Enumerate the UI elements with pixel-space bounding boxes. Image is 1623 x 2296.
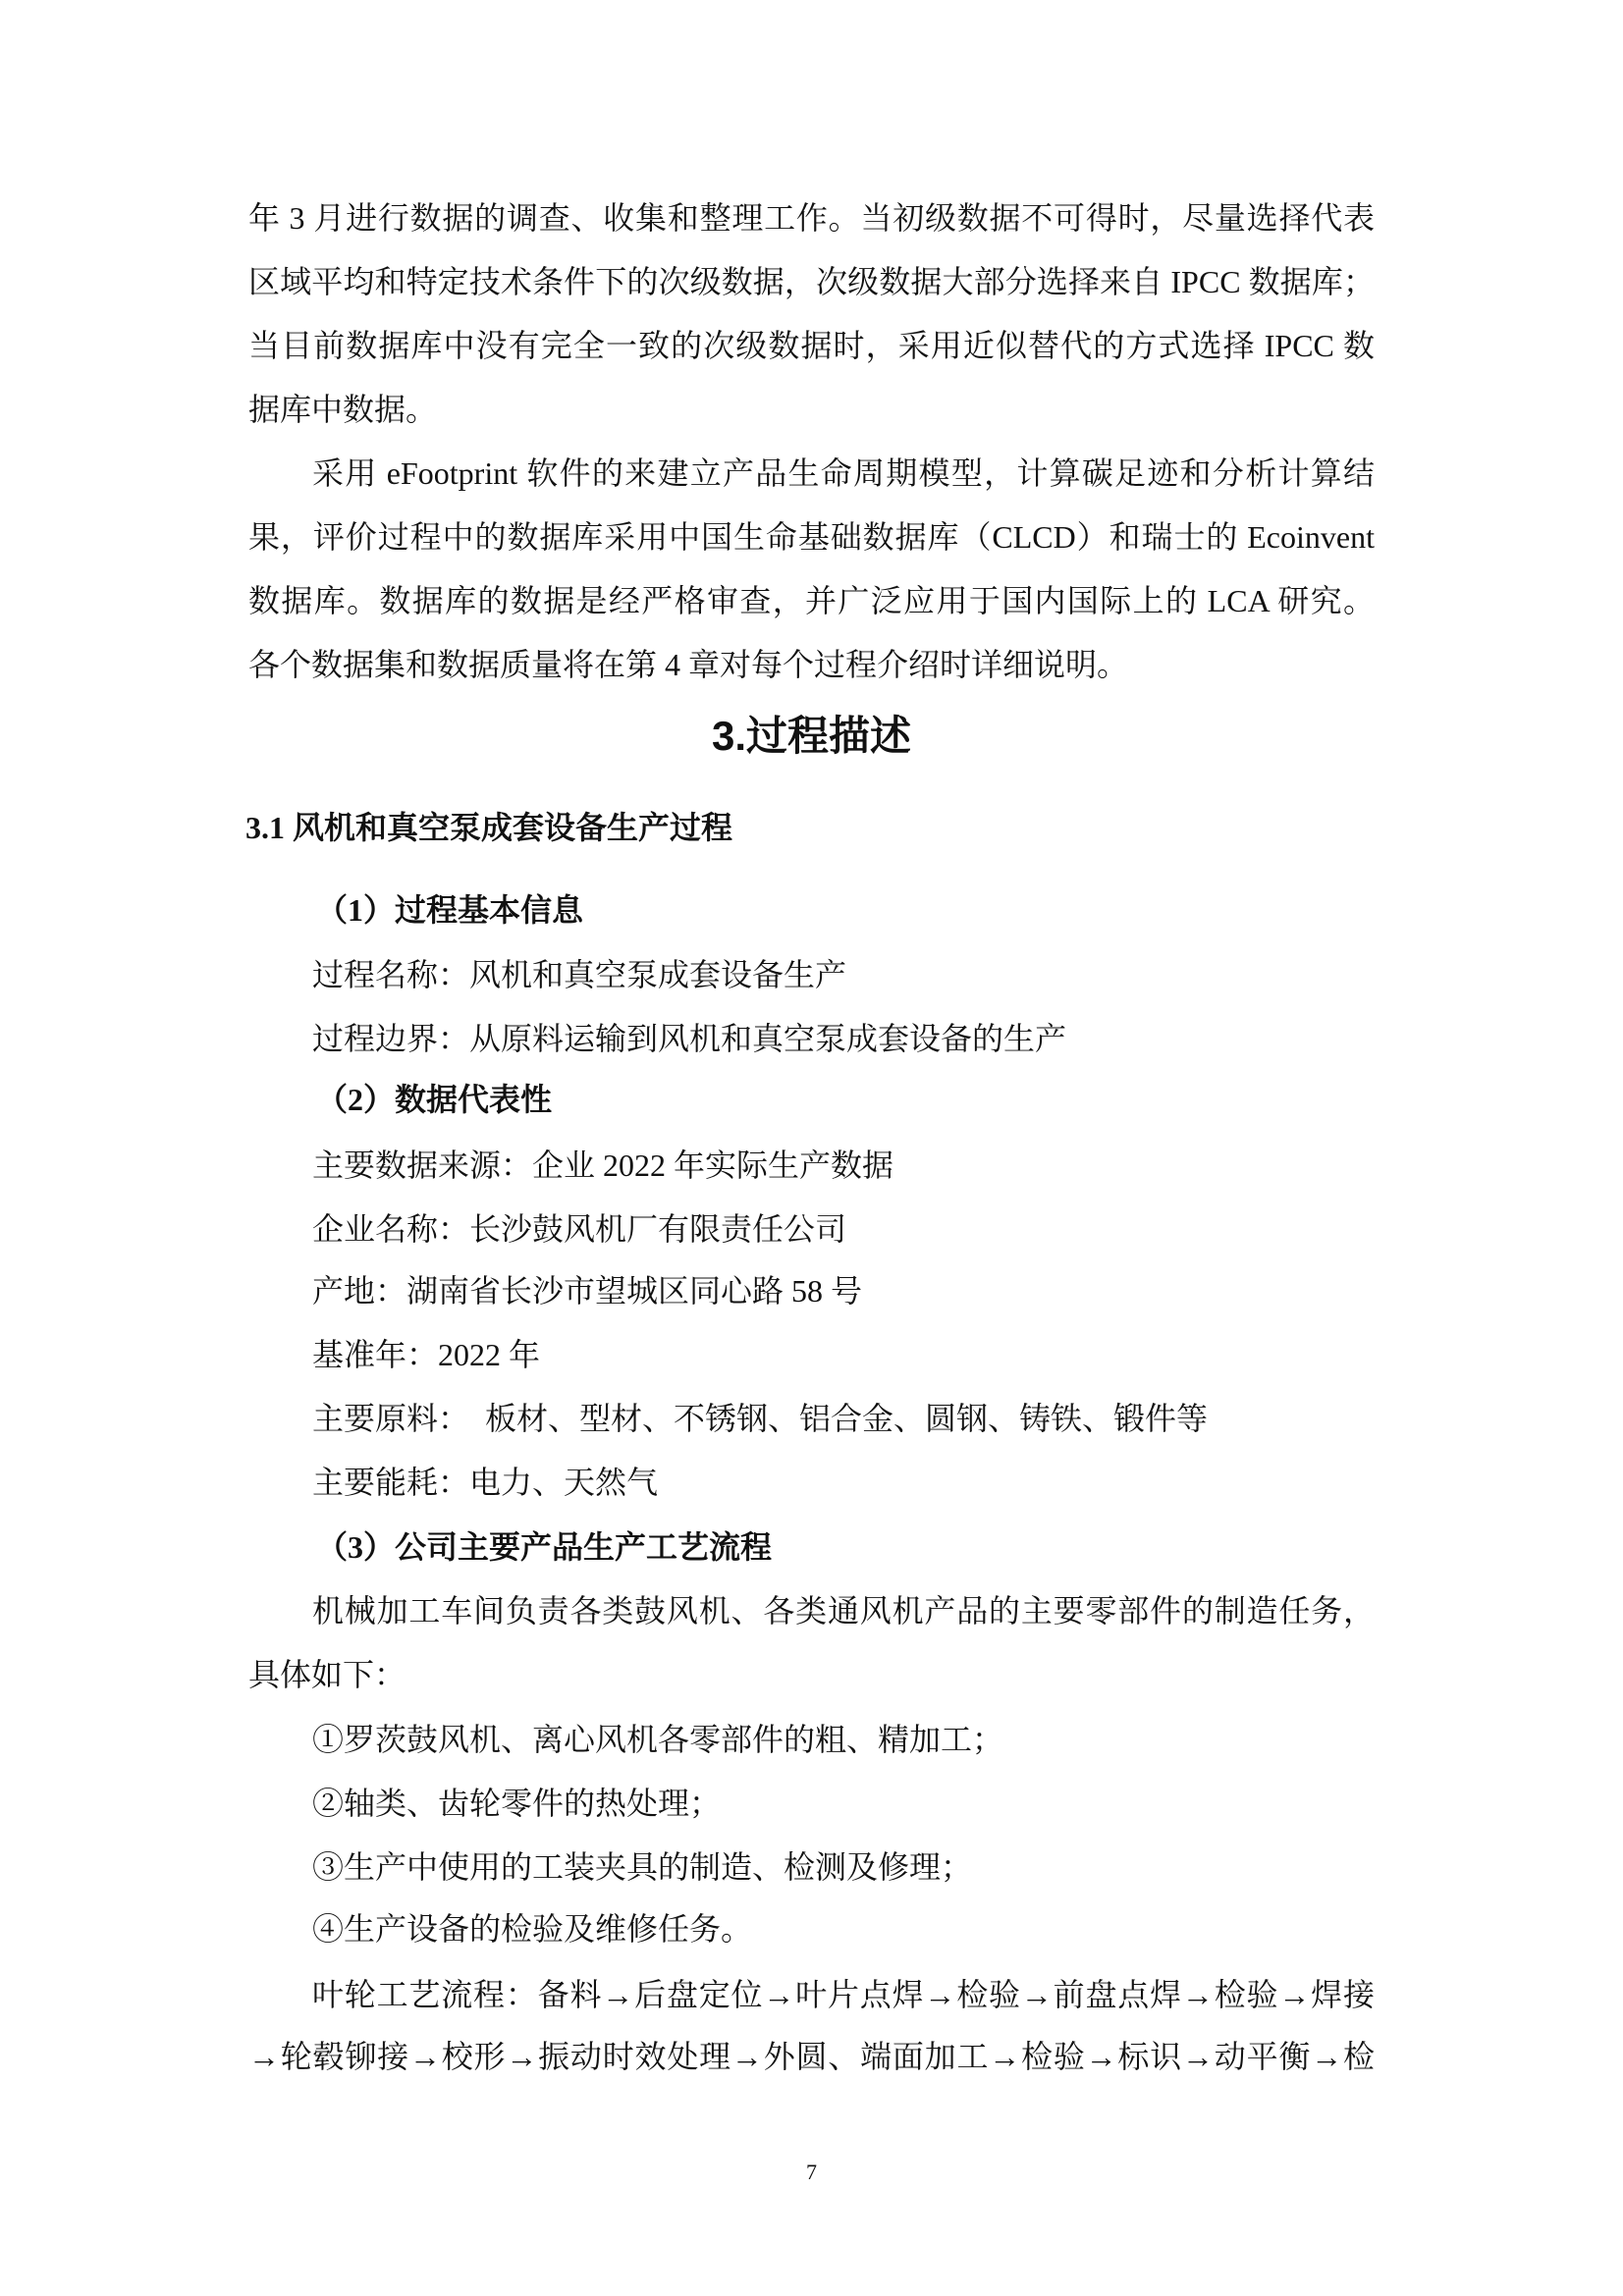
task-item-2: ②轴类、齿轮零件的热处理； — [312, 1784, 1375, 1823]
base-year: 基准年：2022 年 — [312, 1335, 1375, 1374]
process-flow-intro-line-2: 具体如下： — [248, 1655, 1375, 1694]
impeller-flow-line-2: →轮毂铆接→校形→振动时效处理→外圆、端面加工→检验→标识→动平衡→检 — [248, 2037, 1375, 2076]
location: 产地：湖南省长沙市望城区同心路 58 号 — [312, 1271, 1375, 1310]
task-item-1: ①罗茨鼓风机、离心风机各零部件的粗、精加工； — [312, 1720, 1375, 1759]
raw-materials: 主要原料： 板材、型材、不锈钢、铝合金、圆钢、铸铁、锻件等 — [312, 1399, 1375, 1438]
subsection-process-flow-title: （3）公司主要产品生产工艺流程 — [316, 1527, 1442, 1567]
task-item-4: ④生产设备的检验及维修任务。 — [312, 1909, 1375, 1949]
process-name: 过程名称：风机和真空泵成套设备生产 — [312, 955, 1375, 994]
chapter-heading: 3.过程描述 — [0, 711, 1623, 762]
intro-line-2: 区域平均和特定技术条件下的次级数据，次级数据大部分选择来自 IPCC 数据库； — [248, 262, 1375, 301]
intro-line-4: 据库中数据。 — [248, 390, 1375, 429]
software-line-3: 数据库。数据库的数据是经严格审查，并广泛应用于国内国际上的 LCA 研究。 — [248, 581, 1375, 620]
software-line-1: 采用 eFootprint 软件的来建立产品生命周期模型，计算碳足迹和分析计算结 — [312, 454, 1375, 493]
document-page: 年 3 月进行数据的调查、收集和整理工作。当初级数据不可得时，尽量选择代表 区域… — [0, 0, 1623, 2296]
process-boundary: 过程边界：从原料运输到风机和真空泵成套设备的生产 — [312, 1019, 1375, 1058]
data-source: 主要数据来源：企业 2022 年实际生产数据 — [312, 1146, 1375, 1185]
software-line-2: 果，评价过程中的数据库采用中国生命基础数据库（CLCD）和瑞士的 Ecoinve… — [248, 517, 1375, 557]
intro-line-3: 当目前数据库中没有完全一致的次级数据时，采用近似替代的方式选择 IPCC 数 — [248, 326, 1375, 365]
subsection-basic-info-title: （1）过程基本信息 — [316, 890, 1442, 930]
task-item-3: ③生产中使用的工装夹具的制造、检测及修理； — [312, 1847, 1375, 1887]
subsection-data-title: （2）数据代表性 — [316, 1080, 1442, 1119]
process-flow-intro-line-1: 机械加工车间负责各类鼓风机、各类通风机产品的主要零部件的制造任务， — [312, 1591, 1375, 1630]
software-line-4: 各个数据集和数据质量将在第 4 章对每个过程介绍时详细说明。 — [248, 645, 1375, 684]
section-heading: 3.1 风机和真空泵成套设备生产过程 — [245, 808, 732, 847]
page-number: 7 — [0, 2160, 1623, 2185]
company-name: 企业名称：长沙鼓风机厂有限责任公司 — [312, 1209, 1375, 1249]
energy-consumption: 主要能耗：电力、天然气 — [312, 1463, 1375, 1502]
intro-line-1: 年 3 月进行数据的调查、收集和整理工作。当初级数据不可得时，尽量选择代表 — [248, 198, 1375, 238]
impeller-flow-line-1: 叶轮工艺流程：备料→后盘定位→叶片点焊→检验→前盘点焊→检验→焊接 — [312, 1975, 1375, 2014]
